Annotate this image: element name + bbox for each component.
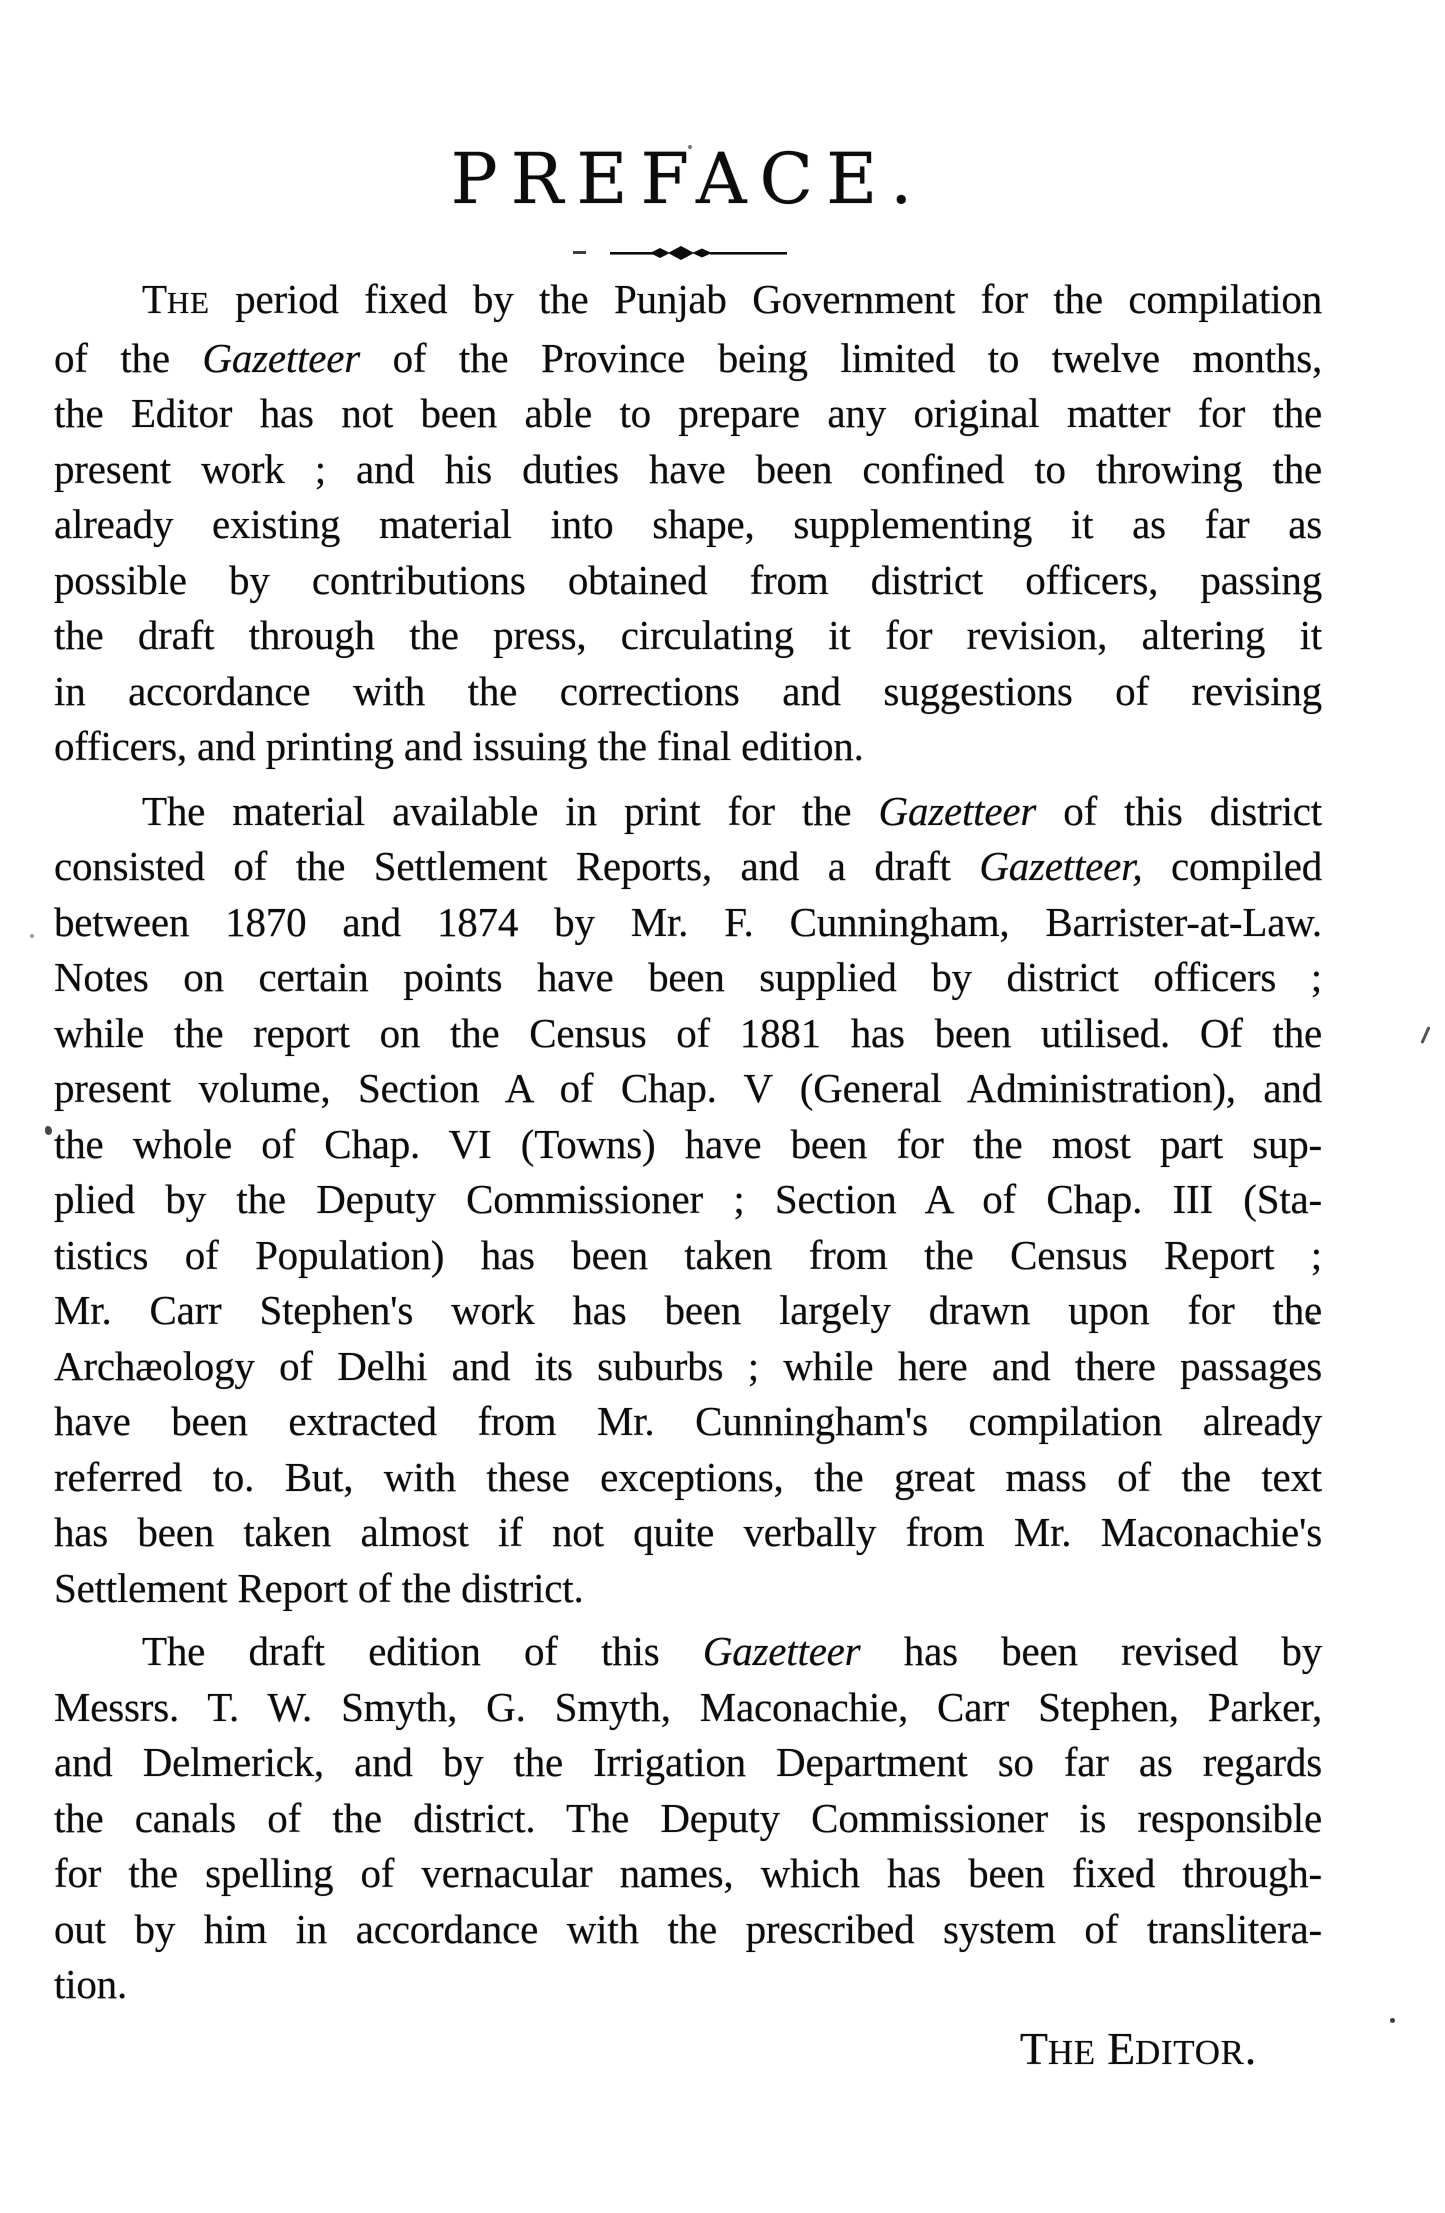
- text-line: in accordance with the corrections and s…: [54, 664, 1322, 720]
- scan-speck: [1310, 1318, 1315, 1323]
- text-line: the canals of the district. The Deputy C…: [54, 1791, 1322, 1847]
- text-line: and Delmerick, and by the Irrigation Dep…: [54, 1735, 1322, 1791]
- text-line: consisted of the Settlement Reports, and…: [54, 839, 1322, 895]
- text-line: Mr. Carr Stephen's work has been largely…: [54, 1283, 1322, 1339]
- text-line: has been taken almost if not quite verba…: [54, 1505, 1322, 1561]
- preface-text: THE period fixed by the Punjab Governmen…: [54, 272, 1322, 2080]
- scan-speck: [1390, 2018, 1395, 2023]
- text-line: possible by contributions obtained from …: [54, 553, 1322, 609]
- text-line: THE period fixed by the Punjab Governmen…: [54, 272, 1322, 331]
- text-line: The material available in print for the …: [54, 784, 1322, 840]
- text-line: have been extracted from Mr. Cunningham'…: [54, 1394, 1322, 1450]
- paragraph: The draft edition of this Gazetteer has …: [54, 1624, 1322, 2013]
- text-line: officers, and printing and issuing the f…: [54, 719, 1322, 775]
- text-line: already existing material into shape, su…: [54, 497, 1322, 553]
- scan-speck: [688, 145, 692, 149]
- text-line: while the report on the Census of 1881 h…: [54, 1006, 1322, 1062]
- text-line: the draft through the press, circulating…: [54, 608, 1322, 664]
- page-title: PREFACE.: [54, 144, 1322, 214]
- scan-speck: [1420, 1026, 1430, 1044]
- text-line: Notes on certain points have been suppli…: [54, 950, 1322, 1006]
- text-line: for the spelling of vernacular names, wh…: [54, 1846, 1322, 1902]
- text-line: between 1870 and 1874 by Mr. F. Cunningh…: [54, 895, 1322, 951]
- signature-line: THE EDITOR.: [54, 2021, 1322, 2081]
- text-line: plied by the Deputy Commissioner ; Secti…: [54, 1172, 1322, 1228]
- text-line: referred to. But, with these exceptions,…: [54, 1450, 1322, 1506]
- book-page: PREFACE. THE period fixed by the Punjab …: [0, 0, 1445, 2213]
- scan-speck: [45, 1126, 52, 1135]
- paragraph: THE period fixed by the Punjab Governmen…: [54, 272, 1322, 775]
- text-line: The draft edition of this Gazetteer has …: [54, 1624, 1322, 1680]
- text-line: of the Gazetteer of the Province being l…: [54, 331, 1322, 387]
- text-line: the Editor has not been able to prepare …: [54, 386, 1322, 442]
- section-divider-ornament: [570, 240, 790, 266]
- text-line: out by him in accordance with the prescr…: [54, 1902, 1322, 1958]
- text-line: the whole of Chap. VI (Towns) have been …: [54, 1117, 1322, 1173]
- scan-speck: [30, 934, 34, 938]
- text-line: present volume, Section A of Chap. V (Ge…: [54, 1061, 1322, 1117]
- text-line: Messrs. T. W. Smyth, G. Smyth, Maconachi…: [54, 1680, 1322, 1736]
- text-line: tion.: [54, 1957, 1322, 2013]
- text-line: Settlement Report of the district.: [54, 1561, 1322, 1617]
- text-line: Archæology of Delhi and its suburbs ; wh…: [54, 1339, 1322, 1395]
- text-line: tistics of Population) has been taken fr…: [54, 1228, 1322, 1284]
- paragraph: The material available in print for the …: [54, 784, 1322, 1617]
- text-line: present work ; and his duties have been …: [54, 442, 1322, 498]
